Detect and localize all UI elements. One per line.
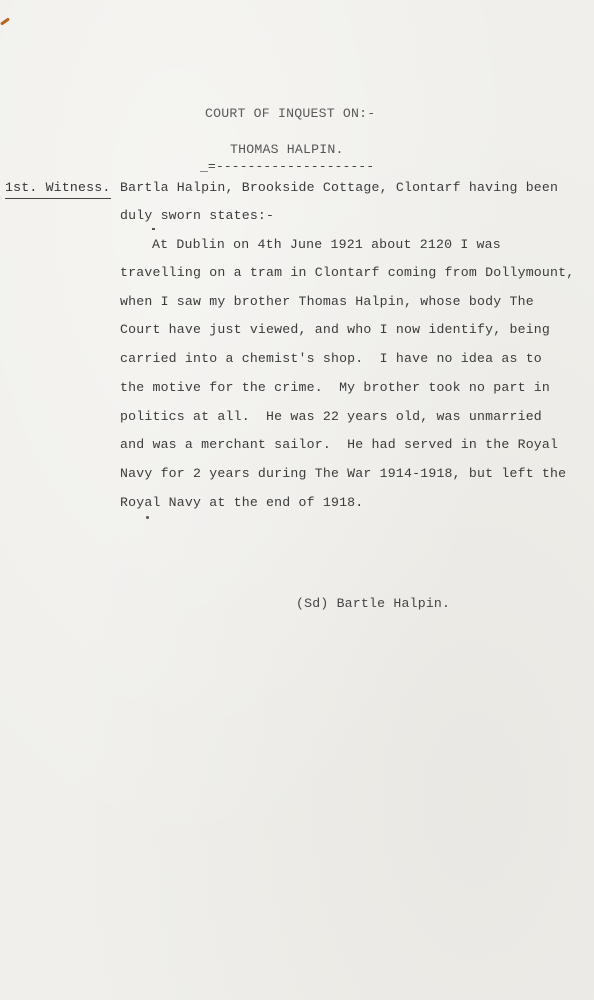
statement-line: the motive for the crime. My brother too…	[120, 381, 550, 394]
witness-label-underline	[5, 198, 111, 199]
statement-line: carried into a chemist's shop. I have no…	[120, 352, 542, 365]
witness-label: 1st. Witness.	[5, 181, 110, 194]
statement-line: travelling on a tram in Clontarf coming …	[120, 266, 574, 279]
statement-line: when I saw my brother Thomas Halpin, who…	[120, 295, 534, 308]
stray-mark	[152, 228, 155, 230]
statement-line: Royal Navy at the end of 1918.	[120, 496, 363, 509]
deceased-name: THOMAS HALPIN.	[230, 143, 344, 156]
stray-mark	[146, 516, 149, 519]
inquest-title: COURT OF INQUEST ON:-	[205, 107, 375, 120]
statement-line: Court have just viewed, and who I now id…	[120, 323, 550, 336]
statement-line: politics at all. He was 22 years old, wa…	[120, 410, 542, 423]
statement-line: and was a merchant sailor. He had served…	[120, 438, 558, 451]
statement-line: At Dublin on 4th June 1921 about 2120 I …	[152, 238, 501, 251]
intro-line: duly sworn states:-	[120, 209, 274, 222]
title-rule: _=--------------------	[200, 160, 374, 173]
document-page: COURT OF INQUEST ON:- THOMAS HALPIN. _=-…	[0, 0, 594, 1000]
intro-line: Bartla Halpin, Brookside Cottage, Clonta…	[120, 181, 558, 194]
signature: (Sd) Bartle Halpin.	[296, 597, 450, 610]
statement-line: Navy for 2 years during The War 1914-191…	[120, 467, 566, 480]
ink-mark	[0, 17, 10, 25]
